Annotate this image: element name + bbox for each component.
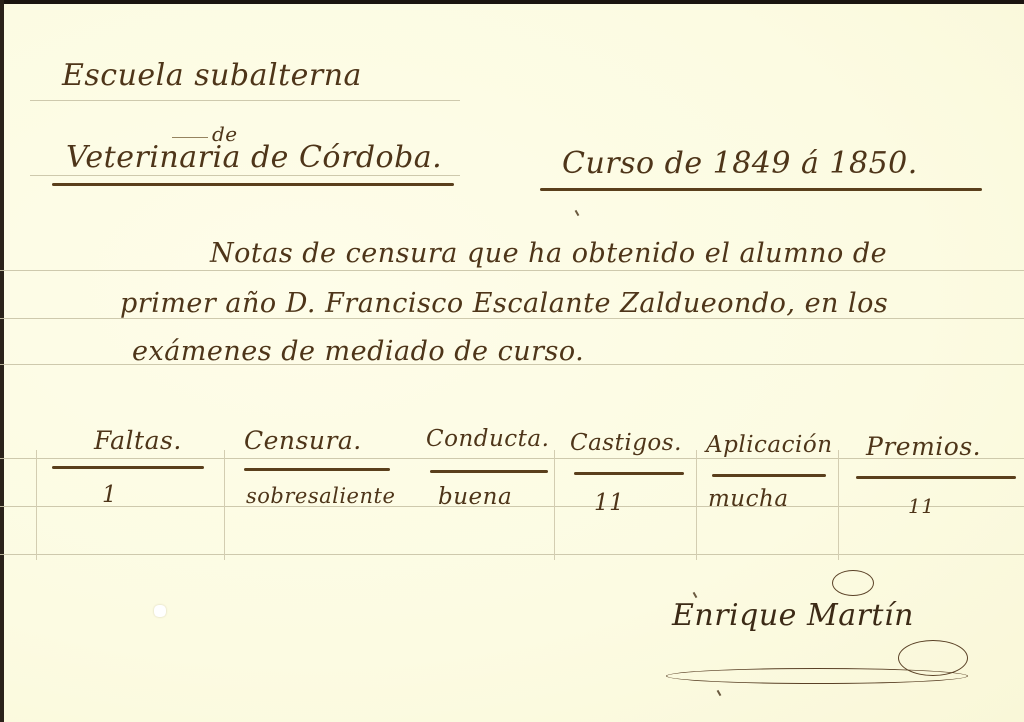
table-column-divider (36, 450, 37, 560)
school-name-line-2: Veterinaria de Córdoba. (66, 140, 442, 175)
cell-conducta: buena (438, 484, 512, 510)
scan-edge-top (0, 0, 1024, 4)
signature-loop-top (832, 570, 874, 596)
intro-line-3: exámenes de mediado de curso. (132, 336, 584, 367)
table-column-divider (554, 450, 555, 560)
cell-censura: sobresaliente (246, 484, 395, 508)
table-column-divider (696, 450, 697, 560)
school-underline (52, 183, 454, 186)
header-underline (430, 470, 548, 473)
column-header-censura: Censura. (244, 426, 362, 455)
paper-hole (154, 605, 166, 617)
school-name-line-1: Escuela subalterna (62, 58, 362, 93)
cell-premios: 11 (908, 494, 934, 518)
signature-underline-flourish (666, 668, 968, 684)
header-underline (52, 466, 204, 469)
column-header-premios: Premios. (866, 432, 981, 461)
header-underline (574, 472, 684, 475)
column-header-conducta: Conducta. (426, 426, 549, 452)
course-underline (540, 188, 982, 191)
signature-name: Enrique Martín (672, 598, 914, 633)
cell-faltas: 1 (102, 482, 117, 508)
table-column-divider (224, 450, 225, 560)
header-underline (712, 474, 826, 477)
course-years: Curso de 1849 á 1850. (562, 146, 918, 181)
ruled-line (0, 270, 1024, 271)
scan-edge-left (0, 0, 4, 722)
intro-line-2: primer año D. Francisco Escalante Zaldue… (120, 288, 888, 319)
ruled-line (30, 100, 460, 101)
cell-aplicacion: mucha (708, 486, 789, 512)
intro-line-1: Notas de censura que ha obtenido el alum… (210, 238, 887, 269)
column-header-faltas: Faltas. (94, 426, 182, 455)
column-header-aplicacion: Aplicación (706, 432, 833, 458)
cell-castigos: 11 (594, 490, 624, 516)
ruled-line (0, 554, 1024, 555)
header-underline (244, 468, 390, 471)
connector-dash (172, 137, 208, 138)
table-column-divider (838, 450, 839, 560)
column-header-castigos: Castigos. (570, 430, 682, 456)
ruled-line (30, 175, 460, 176)
header-underline (856, 476, 1016, 479)
